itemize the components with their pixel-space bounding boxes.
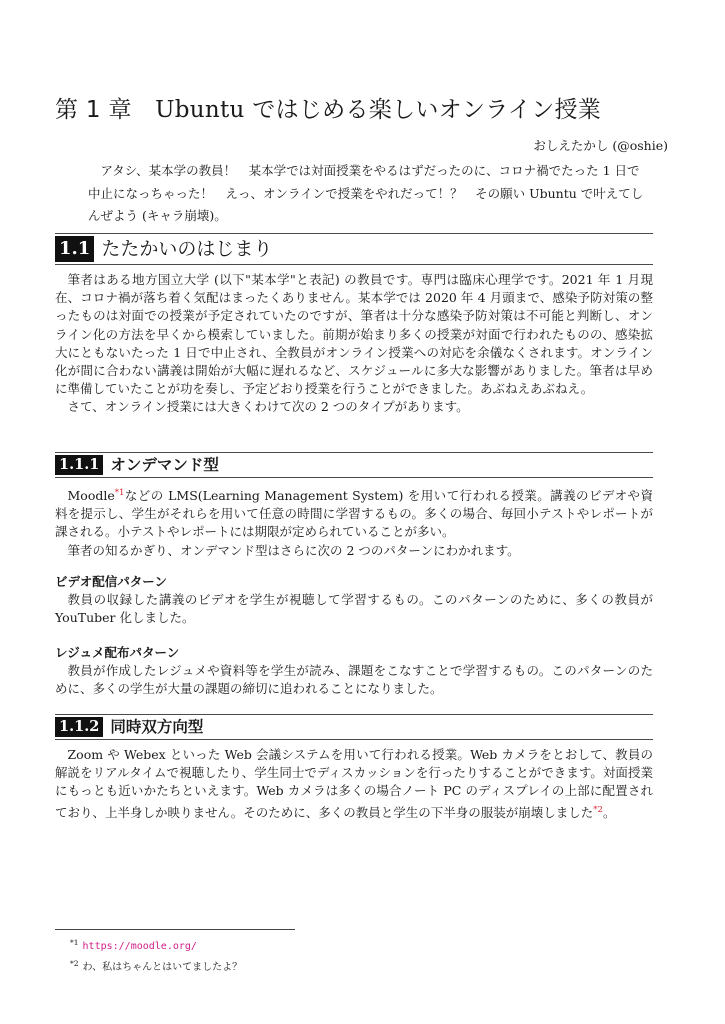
section-1-1-body: 筆者はある地方国立大学 (以下"某本学"と表記) の教員です。専門は臨床心理学で…: [55, 271, 653, 417]
section-number: 1.1.1: [55, 455, 103, 475]
chapter-title: 第 1 章 Ubuntu ではじめる楽しいオンライン授業: [55, 94, 675, 126]
text: 。: [603, 805, 616, 820]
section-number: 1.1: [55, 236, 94, 262]
chapter-prefix: 第 1 章: [55, 97, 132, 123]
text: などの LMS(Learning Management System) を用いて…: [55, 488, 653, 539]
author-line: おしえたかし (@oshie): [533, 137, 668, 155]
section-1-1-2-body: Zoom や Webex といった Web 会議システムを用いて行われる授業。W…: [55, 746, 653, 822]
footnotes: *1https://moodle.org/ *2わ、私はちゃんとはいてましたよ？: [70, 934, 242, 976]
section-title: オンデマンド型: [110, 455, 219, 475]
text: Moodle: [68, 488, 115, 503]
section-heading-1-1-1: 1.1.1 オンデマンド型: [55, 452, 653, 478]
section-1-1-1-body: Moodle*1などの LMS(Learning Management Syst…: [55, 484, 653, 560]
paragraph: 教員の収録した講義のビデオを学生が視聴して学習するもの。このパターンのために、多…: [55, 591, 653, 627]
footnote-mark: *2: [70, 959, 79, 968]
footnote-divider: [55, 929, 295, 930]
paragraph: さて、オンライン授業には大きくわけて次の 2 つのタイプがあります。: [55, 398, 653, 416]
paragraph: Zoom や Webex といった Web 会議システムを用いて行われる授業。W…: [55, 746, 653, 822]
chapter-title-rest: ではじめる楽しいオンライン授業: [245, 97, 601, 123]
document-page: 第 1 章 Ubuntu ではじめる楽しいオンライン授業 おしえたかし (@os…: [0, 0, 725, 1024]
footnote-2: *2わ、私はちゃんとはいてましたよ？: [70, 955, 242, 976]
paragraph-heading: ビデオ配信パターン: [55, 573, 167, 591]
section-heading-1-1: 1.1 たたかいのはじまり: [55, 233, 653, 265]
section-title: 同時双方向型: [110, 717, 203, 737]
footnote-ref-2[interactable]: *2: [593, 805, 603, 815]
pattern-body: 教員の収録した講義のビデオを学生が視聴して学習するもの。このパターンのために、多…: [55, 591, 653, 627]
paragraph: 教員が作成したレジュメや資料等を学生が読み、課題をこなすことで学習するもの。この…: [55, 662, 653, 698]
paragraph-heading: レジュメ配布パターン: [55, 644, 179, 662]
footnote-1: *1https://moodle.org/: [70, 934, 242, 955]
chapter-title-latin: Ubuntu: [155, 97, 245, 123]
footnote-text: わ、私はちゃんとはいてましたよ？: [83, 962, 243, 973]
text: Zoom や Webex といった Web 会議システムを用いて行われる授業。W…: [55, 747, 653, 820]
section-title: たたかいのはじまり: [101, 236, 272, 262]
paragraph: 筆者はある地方国立大学 (以下"某本学"と表記) の教員です。専門は臨床心理学で…: [55, 271, 653, 398]
pattern-body: 教員が作成したレジュメや資料等を学生が読み、課題をこなすことで学習するもの。この…: [55, 662, 653, 698]
moodle-link[interactable]: https://moodle.org/: [83, 941, 197, 952]
footnote-ref-1[interactable]: *1: [115, 488, 125, 498]
footnote-mark: *1: [70, 938, 79, 947]
chapter-abstract: アタシ、某本学の教員！ 某本学では対面授業をやるはずだったのに、コロナ禍でたった…: [88, 160, 648, 228]
paragraph: Moodle*1などの LMS(Learning Management Syst…: [55, 484, 653, 542]
section-heading-1-1-2: 1.1.2 同時双方向型: [55, 714, 653, 740]
section-number: 1.1.2: [55, 717, 103, 737]
paragraph: 筆者の知るかぎり、オンデマンド型はさらに次の 2 つのパターンにわかれます。: [55, 542, 653, 560]
